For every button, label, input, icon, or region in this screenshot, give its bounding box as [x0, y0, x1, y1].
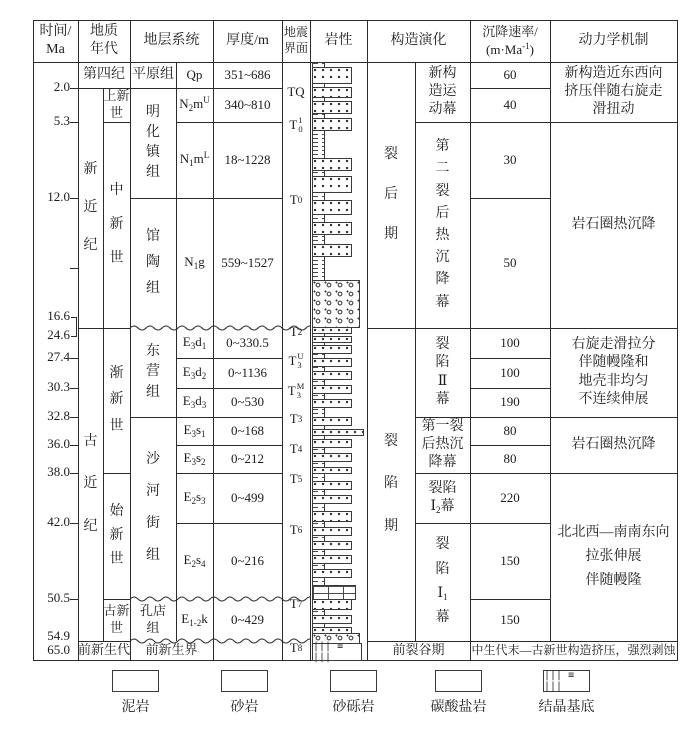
time-tick [70, 198, 78, 199]
era-cell: 古近纪 [78, 328, 103, 641]
lithology-segment-sand [312, 200, 352, 215]
era-cell: 上新世 [103, 88, 130, 122]
strat-code-cell: N1mL [176, 122, 213, 198]
lithology-segment-sand [312, 176, 352, 193]
grid-line-vertical [310, 20, 311, 660]
mechanism-cell: 岩石圈热沉降 [550, 122, 677, 328]
seismic-interface-label: T2 [282, 323, 310, 341]
time-tick [70, 523, 78, 524]
subsidence-rate-cell: 30 [470, 122, 550, 198]
mechanism-cell: 新构造近东西向挤压伴随右旋走滑扭动 [550, 62, 677, 122]
lithology-segment-base: ||| ≡ ||| [312, 643, 362, 661]
header-cell: 地层系统 [130, 20, 213, 62]
time-ma-label: 2.0 [36, 79, 70, 95]
formation-cell: 平原组 [130, 62, 176, 88]
seismic-interface-label: T10 [282, 116, 310, 134]
seismic-interface-label: TU3 [282, 352, 310, 370]
tectonic-stage-cell: 裂后期 [367, 62, 415, 328]
header-cell: 构造演化 [367, 20, 470, 62]
strat-code-cell: E2s3 [176, 473, 213, 523]
strat-code-cell: N1g [176, 198, 213, 328]
bottom-row-cell: 前裂谷期 [367, 641, 470, 660]
time-ma-label: 30.3 [36, 379, 70, 395]
lithology-segment-carb [312, 585, 356, 600]
thickness-cell: 0~530 [213, 388, 282, 417]
header-cell: 沉降速率/(m·Ma-1) [470, 20, 550, 62]
legend-swatch-mud [112, 670, 159, 692]
strat-code-cell: E1-2k [176, 599, 213, 641]
grid-line-vertical [33, 20, 34, 660]
legend-label: 砂砾岩 [312, 696, 396, 716]
header-cell: 地质年代 [78, 20, 130, 62]
time-ma-label: 24.6 [36, 327, 70, 343]
tectonic-episode-cell: 第一裂后热沉降幕 [415, 417, 470, 473]
formation-cell: 明化镇组 [130, 88, 176, 198]
subsidence-rate-cell: 150 [470, 523, 550, 599]
era-cell: 古新世 [103, 599, 130, 641]
header-cell: 动力学机制 [550, 20, 677, 62]
grid-line-vertical [677, 20, 678, 660]
formation-cell: 东营组 [130, 328, 176, 417]
subsidence-rate-cell: 100 [470, 328, 550, 358]
thickness-cell: 0~216 [213, 523, 282, 599]
header-cell: 岩性 [310, 20, 367, 62]
thickness-cell: 0~429 [213, 599, 282, 641]
formation-cell: 孔店组 [130, 599, 176, 641]
time-tick-bracket [71, 336, 77, 337]
era-cell: 中新世 [103, 122, 130, 328]
era-cell: 始新世 [103, 473, 130, 599]
lithology-segment-mud [312, 130, 325, 159]
time-tick [70, 445, 78, 446]
time-ma-label: 32.8 [36, 408, 70, 424]
seismic-interface-label: T5 [282, 470, 310, 488]
subsidence-rate-cell: 190 [470, 388, 550, 417]
lithology-segment-congl [312, 280, 360, 328]
strat-code-cell: Qp [176, 62, 213, 88]
time-ma-label: 27.4 [36, 349, 70, 365]
subsidence-rate-cell: 220 [470, 473, 550, 523]
strat-code-cell: E3d3 [176, 388, 213, 417]
strat-code-cell: E3s2 [176, 445, 213, 473]
strat-code-cell: E3s1 [176, 417, 213, 445]
header-cell: 地震界面 [282, 20, 310, 62]
time-tick [70, 388, 78, 389]
bottom-row-cell: 中生代末—古新世构造挤压，强烈剥蚀 [470, 641, 677, 660]
subsidence-rate-cell: 50 [470, 198, 550, 328]
legend-swatch-carb [435, 670, 482, 692]
legend-label: 碳酸盐岩 [417, 696, 501, 716]
bottom-row-cell: 前新生代 [78, 641, 130, 660]
time-ma-label: 12.0 [36, 189, 70, 205]
era-cell: 第四纪 [78, 62, 130, 88]
tectonic-episode-cell: 新构造运动幕 [415, 62, 470, 122]
time-ma-label: 65.0 [36, 642, 70, 658]
tectonic-episode-cell: 裂陷Ⅰ2幕 [415, 473, 470, 523]
seismic-interface-label: TQ [282, 83, 310, 101]
seismic-interface-label: T3 [282, 410, 310, 428]
time-tick [70, 122, 78, 123]
seismic-interface-label: T6 [282, 521, 310, 539]
seismic-interface-label: T7 [282, 595, 310, 613]
stratigraphic-column-figure: 时间/Ma地质年代地层系统厚度/m地震界面岩性构造演化沉降速率/(m·Ma-1)… [0, 0, 700, 738]
seismic-interface-label: T0 [282, 191, 310, 209]
time-minor-tick [70, 268, 78, 269]
lithology-segment-mud [312, 256, 325, 281]
mechanism-cell: 北北西—南南东向拉张伸展伴随幔隆 [550, 473, 677, 641]
subsidence-rate-cell: 100 [470, 358, 550, 388]
time-tick-bracket [76, 328, 77, 336]
subsidence-rate-cell: 150 [470, 599, 550, 641]
thickness-cell: 0~1136 [213, 358, 282, 388]
subsidence-rate-cell: 80 [470, 445, 550, 473]
thickness-cell: 0~212 [213, 445, 282, 473]
mechanism-cell: 岩石圈热沉降 [550, 417, 677, 473]
time-tick [70, 417, 78, 418]
seismic-interface-label: T4 [282, 440, 310, 458]
strat-code-cell: E2s4 [176, 523, 213, 599]
legend-label: 泥岩 [94, 696, 178, 716]
header-cell: 时间/Ma [33, 20, 78, 62]
time-ma-label: 38.0 [36, 464, 70, 480]
thickness-cell: 0~168 [213, 417, 282, 445]
strat-code-cell: N2mU [176, 88, 213, 122]
legend-label: 结晶基底 [525, 696, 609, 716]
strat-code-cell: E3d2 [176, 358, 213, 388]
time-ma-label: 42.0 [36, 514, 70, 530]
era-cell: 新近纪 [78, 88, 103, 328]
lithology-segment-sand [312, 67, 352, 84]
thickness-cell: 0~499 [213, 473, 282, 523]
legend-swatch-sand [221, 670, 268, 692]
tectonic-episode-cell: 裂陷Ⅰ1幕 [415, 523, 470, 641]
strat-code-cell: E3d1 [176, 328, 213, 358]
subsidence-rate-cell: 40 [470, 88, 550, 122]
bottom-row-cell: 前新生界 [130, 641, 213, 660]
time-tick [70, 599, 78, 600]
thickness-cell: 340~810 [213, 88, 282, 122]
time-ma-label: 5.3 [36, 113, 70, 129]
tectonic-stage-cell: 裂陷期 [367, 328, 415, 641]
time-tick [70, 358, 78, 359]
subsidence-rate-cell: 60 [470, 62, 550, 88]
time-tick-bracket [76, 317, 77, 328]
thickness-cell: 18~1228 [213, 122, 282, 198]
subsidence-rate-cell: 80 [470, 417, 550, 445]
formation-cell: 馆陶组 [130, 198, 176, 328]
legend-swatch-base: ||| ≡ ||| [543, 670, 590, 692]
thickness-cell: 351~686 [213, 62, 282, 88]
mechanism-cell: 右旋走滑拉分伴随幔隆和地壳非均匀不连续伸展 [550, 328, 677, 417]
thickness-cell: 559~1527 [213, 198, 282, 328]
formation-cell: 沙河街组 [130, 417, 176, 599]
crystalline-basement-pattern: ||| ≡ ||| [313, 641, 361, 663]
time-ma-label: 50.5 [36, 590, 70, 606]
legend-label: 砂岩 [203, 696, 287, 716]
time-tick [70, 473, 78, 474]
time-ma-label: 36.0 [36, 436, 70, 452]
header-cell: 厚度/m [213, 20, 282, 62]
time-tick [70, 88, 78, 89]
seismic-interface-label: TM3 [282, 382, 310, 400]
seismic-interface-label: T8 [282, 639, 310, 657]
thickness-cell: 0~330.5 [213, 328, 282, 358]
tectonic-episode-cell: 第二裂后热沉降幕 [415, 122, 470, 328]
tectonic-episode-cell: 裂陷Ⅱ幕 [415, 328, 470, 417]
legend-swatch-congl [330, 670, 377, 692]
era-cell: 渐新世 [103, 328, 130, 473]
time-ma-label: 16.6 [36, 308, 70, 324]
crystalline-basement-pattern: ||| ≡ ||| [544, 670, 589, 692]
